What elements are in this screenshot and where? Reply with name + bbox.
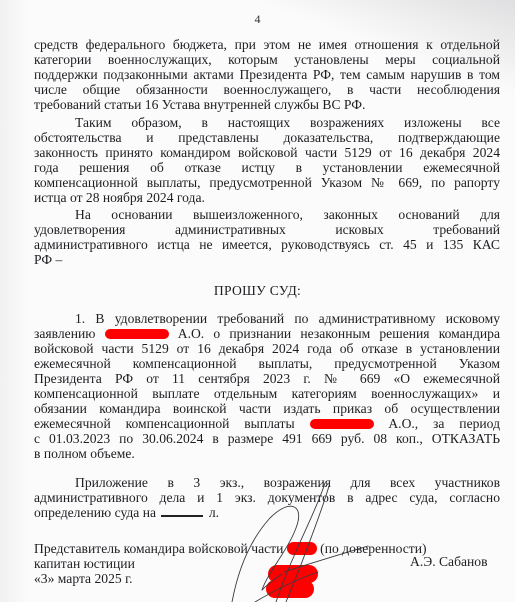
text-line: 1. В удовлетворении требований по админи… — [75, 311, 500, 326]
text-line: в полном объеме. — [34, 446, 500, 461]
text-line: удовлетворения административных исковых … — [34, 222, 500, 237]
text-line: Президента РФ от 11 сентября 2023 г. № 6… — [34, 371, 500, 386]
text-line: определению суда на л. — [34, 505, 500, 520]
text-line: истца от 28 ноября 2024 года. — [34, 190, 500, 205]
page-number: 4 — [0, 12, 515, 27]
text-fragment: А.О., за период — [388, 416, 500, 431]
text-line: войсковой части 5129 от 16 декабря 2024 … — [34, 341, 500, 356]
text-line: категории военнослужащих, которым устано… — [34, 52, 500, 67]
text-line: средств федерального бюджета, при этом н… — [34, 37, 500, 52]
text-line: обязании командира воинской части издать… — [34, 401, 500, 416]
text-line: административного дела и 1 экз. документ… — [34, 490, 500, 505]
signer-rank: капитан юстиции — [34, 556, 135, 571]
text-line: РФ – — [34, 252, 500, 267]
signer-role: Представитель командира войсковой части … — [34, 541, 427, 556]
text-line: года решения об отказе истцу в установле… — [34, 160, 500, 175]
text-line: ежемесячной компенсационной выплаты А.О.… — [34, 416, 500, 431]
text-line: На основании вышеизложенного, законных о… — [75, 207, 500, 222]
text-line: требований статьи 16 Устава внутренней с… — [34, 97, 500, 112]
redaction-mark — [310, 419, 374, 429]
signature-date: «3» марта 2025 г. — [34, 571, 133, 586]
text-fragment: определению суда на — [34, 505, 156, 520]
text-fragment: ежемесячной компенсационной выплаты — [34, 416, 295, 431]
text-line: ежемесячной компенсационной выплаты, пре… — [34, 356, 500, 371]
text-line: обстоятельства и представлены доказатель… — [34, 130, 500, 145]
text-line: законность принято командиром войсковой … — [34, 145, 500, 160]
text-line: Приложение в 3 экз., возражения для всех… — [75, 475, 500, 490]
text-fragment: заявлению — [34, 326, 95, 341]
text-fragment: л. — [209, 505, 219, 520]
redaction-mark — [105, 329, 169, 339]
signer-name: А.Э. Сабанов — [410, 554, 488, 570]
text-line: с 01.03.2023 по 30.06.2024 в размере 491… — [34, 431, 500, 446]
text-line: поддержки подзаконными актами Президента… — [34, 67, 500, 82]
text-line: административного истца не имеется, руко… — [34, 237, 500, 252]
redaction-mark — [266, 580, 314, 598]
section-heading: ПРОШУ СУД: — [0, 283, 515, 299]
text-line: числе общие обязанности военнослужащего,… — [34, 82, 500, 97]
text-fragment: Представитель командира войсковой части — [34, 541, 283, 556]
text-line: компенсационной выплате отдельным катего… — [34, 386, 500, 401]
text-line: Таким образом, в настоящих возражениях и… — [75, 115, 500, 130]
redaction-mark — [287, 542, 317, 555]
text-line: компенсационной выплаты, предусмотренной… — [34, 175, 500, 190]
text-line: заявлению А.О. о признании незаконным ре… — [34, 326, 500, 341]
text-fragment: А.О. о признании незаконным решения кома… — [178, 326, 500, 341]
blank-fill-line — [161, 505, 203, 517]
